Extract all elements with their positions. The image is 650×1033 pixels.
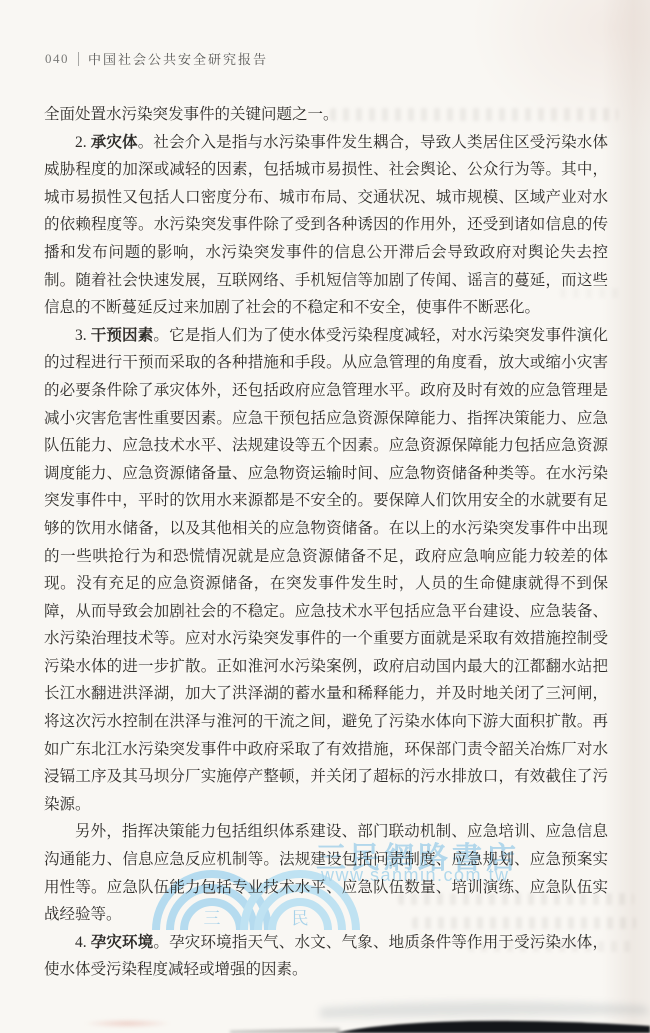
- text-run: 3.: [75, 327, 91, 344]
- term-emphasis: 孕灾环境: [91, 934, 154, 951]
- text-run: 4.: [75, 934, 91, 951]
- term-emphasis: 承灾体: [91, 134, 138, 151]
- body-paragraph: 全面处置水污染突发事件的关键问题之一。: [44, 101, 608, 129]
- running-header: 040 中国社会公共安全研究报告: [45, 49, 268, 68]
- body-paragraph: 2. 承灾体。社会介入是指与水污染事件发生耦合，导致人类居住区受污染水体威胁程度…: [44, 129, 608, 322]
- term-emphasis: 干预因素: [91, 327, 154, 344]
- body-text: 全面处置水污染突发事件的关键问题之一。2. 承灾体。社会介入是指与水污染事件发生…: [44, 101, 608, 984]
- scan-edge-shading: [602, 0, 650, 1033]
- text-run: 。它是指人们为了使水体受污染程度减轻，对水污染突发事件演化的过程进行干预而采取的…: [44, 327, 608, 813]
- text-run: 全面处置水污染突发事件的关键问题之一。: [44, 106, 339, 123]
- page-number: 040: [45, 51, 69, 67]
- text-run: 2.: [75, 134, 91, 151]
- scan-smudge: [85, 1019, 170, 1028]
- body-paragraph: 3. 干预因素。它是指人们为了使水体受污染程度减轻，对水污染突发事件演化的过程进…: [44, 322, 608, 819]
- scanned-book-page: 040 中国社会公共安全研究报告 三 民 三民網路書店 www.sanmin.c…: [0, 0, 650, 1033]
- body-paragraph: 4. 孕灾环境。孕灾环境指天气、水文、气象、地质条件等作用于受污染水体，使水体受…: [44, 929, 608, 984]
- header-divider: [78, 52, 79, 66]
- text-run: 另外，指挥决策能力包括组织体系建设、部门联动机制、应急培训、应急信息沟通能力、信…: [44, 823, 608, 923]
- book-title: 中国社会公共安全研究报告: [88, 49, 268, 68]
- body-paragraph: 另外，指挥决策能力包括组织体系建设、部门联动机制、应急培训、应急信息沟通能力、信…: [44, 818, 608, 928]
- text-run: 。社会介入是指与水污染事件发生耦合，导致人类居住区受污染水体威胁程度的加深或减轻…: [44, 134, 608, 317]
